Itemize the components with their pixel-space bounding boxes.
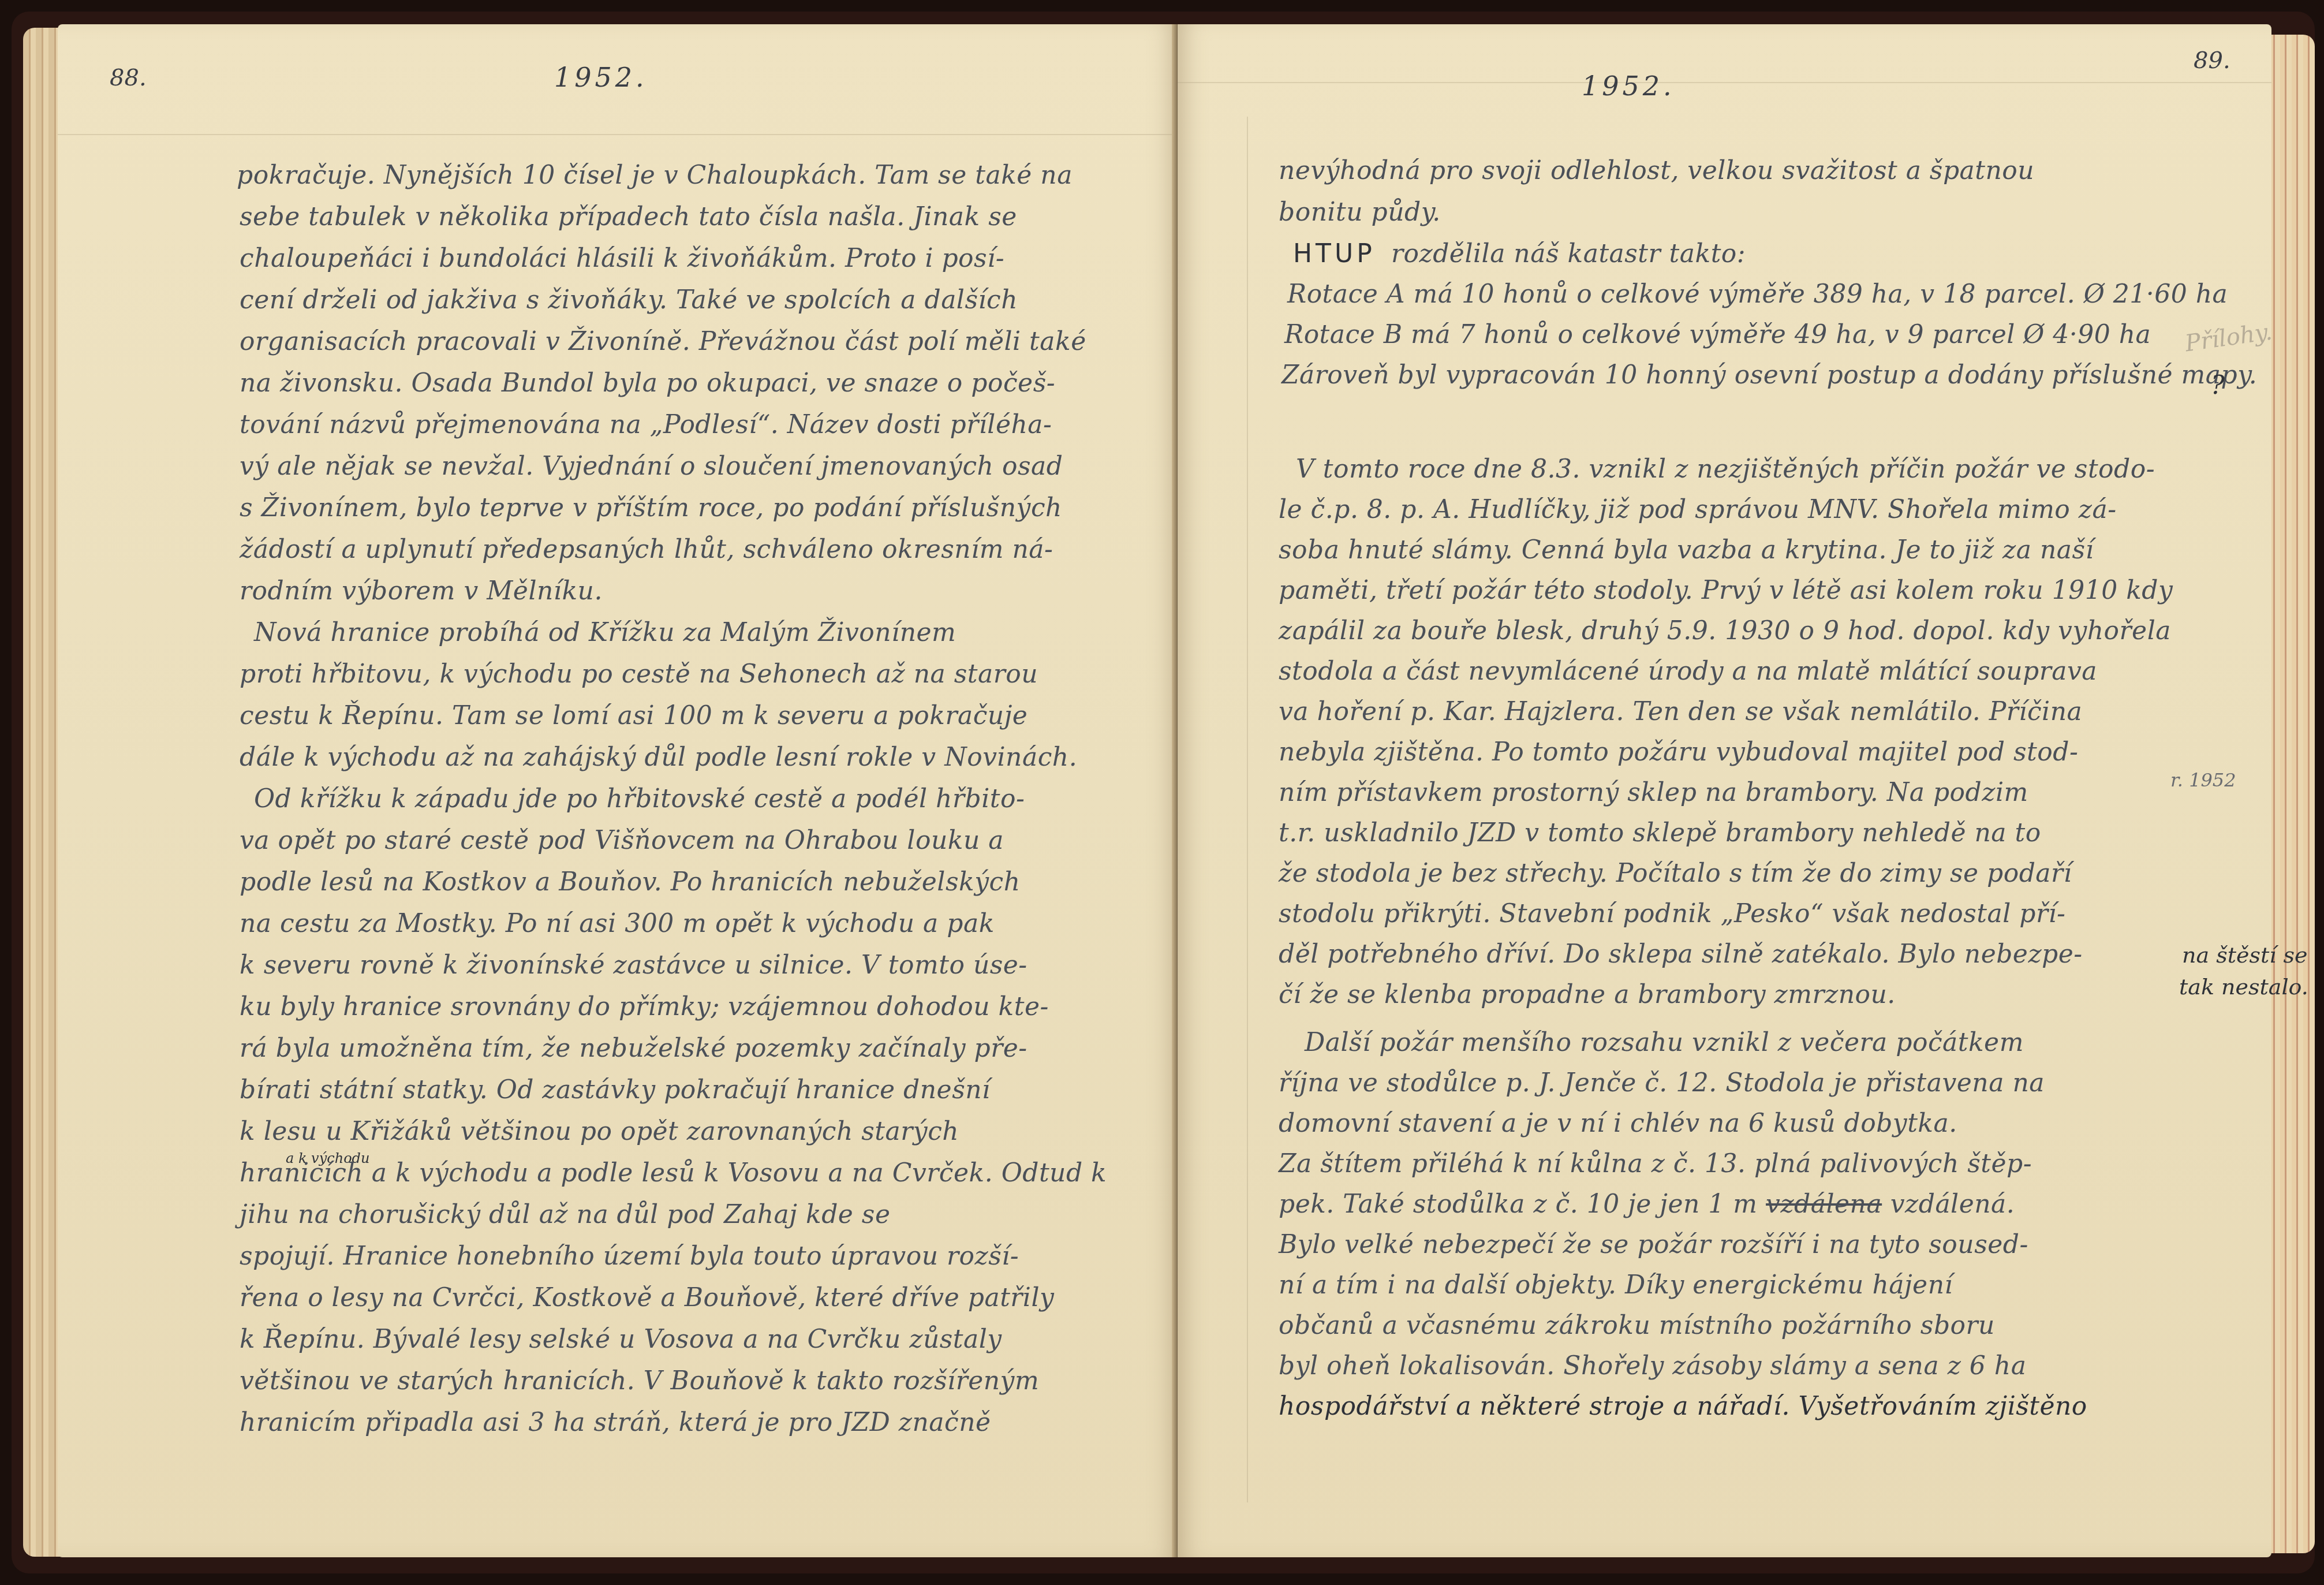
- date-margin-note: r. 1952: [2170, 769, 2236, 791]
- text-line: řena o lesy na Cvrčci, Kostkově a Bouňov…: [240, 1283, 1054, 1312]
- margin-rule: [1247, 117, 1248, 1502]
- text-line: bonitu půdy.: [1279, 197, 1441, 227]
- text-line: žádostí a uplynutí předepsaných lhůt, sc…: [240, 535, 1053, 564]
- year-heading-left: 1952.: [554, 62, 648, 93]
- ruled-line: [1178, 82, 2271, 83]
- text-line: domovní stavení a je v ní i chlév na 6 k…: [1279, 1109, 1957, 1138]
- text-line: k lesu u Křižáků většinou po opět zarovn…: [240, 1117, 959, 1146]
- text-line: podle lesů na Kostkov a Bouňov. Po hrani…: [240, 867, 1021, 897]
- text-line: sebe tabulek v několika případech tato č…: [240, 202, 1017, 232]
- text-line: t.r. uskladnilo JZD v tomto sklepě bramb…: [1279, 818, 2041, 848]
- text-line: hranicím připadla asi 3 ha stráň, která …: [240, 1408, 991, 1437]
- text-line: pek. Také stodůlka z č. 10 je jen 1 m vz…: [1279, 1189, 2015, 1219]
- htup-text: rozdělila náš katastr takto:: [1391, 239, 1746, 268]
- text-line: paměti, třetí požár této stodoly. Prvý v…: [1279, 576, 2173, 605]
- replacement-word: vzdálená.: [1890, 1189, 2015, 1219]
- struck-word: vzdálena: [1766, 1189, 1882, 1219]
- pencil-note-prilohy: Přílohy.: [2184, 319, 2274, 357]
- text-line: nevýhodná pro svoji odlehlost, velkou sv…: [1279, 156, 2034, 185]
- side-note-line-1: na štěstí se: [2182, 942, 2307, 968]
- text-line: soba hnuté slámy. Cenná byla vazba a kry…: [1279, 535, 2094, 565]
- question-mark-note: ?: [2211, 371, 2225, 400]
- text-line: že stodola je bez střechy. Počítalo s tí…: [1279, 859, 2072, 888]
- text-line: V tomto roce dne 8.3. vznikl z nezjištěn…: [1296, 454, 2155, 484]
- text-line: pokračuje. Nynějších 10 čísel je v Chalo…: [237, 161, 1073, 190]
- text-line: jihu na chorušický důl až na důl pod Zah…: [240, 1200, 890, 1229]
- text-line: na cestu za Mostky. Po ní asi 300 m opět…: [240, 909, 995, 938]
- text-line: tování názvů přejmenována na „Podlesí“. …: [240, 410, 1052, 439]
- text-line: Bylo velké nebezpečí že se požár rozšíří…: [1279, 1230, 2028, 1259]
- text-line: ním přístavkem prostorný sklep na brambo…: [1279, 778, 2028, 807]
- text-line: le č.p. 8. p. A. Hudlíčky, již pod správ…: [1279, 495, 2117, 524]
- left-page: 88. 1952. pokračuje. Nynějších 10 čísel …: [58, 24, 1178, 1557]
- text-line: spojují. Hranice honebního území byla to…: [240, 1241, 1019, 1271]
- text-line: stodolu přikrýti. Stavební podnik „Pesko…: [1279, 899, 2065, 928]
- rotation-b: Rotace B má 7 honů o celkové výměře 49 h…: [1284, 320, 2151, 349]
- text-line: stodola a část nevymlácené úrody a na ml…: [1279, 657, 2097, 686]
- text-line: nebyla zjištěna. Po tomto požáru vybudov…: [1279, 737, 2078, 767]
- text-line: ku byly hranice srovnány do přímky; vzáj…: [240, 992, 1049, 1021]
- right-page: 89. 1952. nevýhodná pro svoji odlehlost,…: [1178, 24, 2271, 1557]
- text-line: Nová hranice probíhá od Křížku za Malým …: [254, 618, 956, 647]
- page-number-right: 89.: [2194, 47, 2230, 74]
- text-line: cení drželi od jakživa s živoňáky. Také …: [240, 285, 1018, 315]
- year-heading-right: 1952.: [1582, 70, 1675, 102]
- text-line: k severu rovně k živonínské zastávce u s…: [240, 950, 1028, 980]
- text-line: k Řepínu. Bývalé lesy selské u Vosova a …: [240, 1325, 1002, 1354]
- text-line: Další požár menšího rozsahu vznikl z več…: [1305, 1028, 2024, 1057]
- htup-heading: HTUP: [1293, 239, 1376, 268]
- rotation-summary: Zároveň byl vypracován 10 honný osevní p…: [1281, 360, 2257, 390]
- text-line: Za štítem přiléhá k ní kůlna z č. 13. pl…: [1279, 1149, 2032, 1179]
- text-line: byl oheň lokalisován. Shořely zásoby slá…: [1279, 1351, 2026, 1381]
- text-line: organisacích pracovali v Živoníně. Převá…: [240, 327, 1086, 356]
- text-line: proti hřbitovu, k východu po cestě na Se…: [240, 659, 1038, 689]
- text-line: ní a tím i na další objekty. Díky energi…: [1279, 1270, 1953, 1300]
- text-line: s Živonínem, bylo teprve v příštím roce,…: [240, 493, 1062, 523]
- text-line: Od křížku k západu jde po hřbitovské ces…: [254, 784, 1025, 814]
- page-stack-right: [2269, 35, 2315, 1553]
- page-number-left: 88.: [110, 65, 147, 91]
- ruled-line: [58, 134, 1178, 135]
- text-line: hranicích a k východu a podle lesů k Vos…: [240, 1158, 1107, 1188]
- text-line: vý ale nějak se nevžal. Vyjednání o slou…: [240, 452, 1063, 481]
- rotation-a: Rotace A má 10 honů o celkové výměře 389…: [1287, 279, 2228, 309]
- text-line: va hoření p. Kar. Hajzlera. Ten den se v…: [1279, 697, 2082, 726]
- text-line: rodním výborem v Mělníku.: [240, 576, 603, 606]
- text-line: zapálil za bouře blesk, druhý 5.9. 1930 …: [1279, 616, 2171, 646]
- text-line: na živonsku. Osada Bundol byla po okupac…: [240, 368, 1055, 398]
- text-line: děl potřebného dříví. Do sklepa silně za…: [1279, 939, 2083, 969]
- side-note-line-2: tak nestalo.: [2179, 974, 2308, 1000]
- text-line: občanů a včasnému zákroku místního požár…: [1279, 1311, 1995, 1340]
- text-line: rá byla umožněna tím, že nebuželské poze…: [240, 1034, 1028, 1063]
- text-line: dále k východu až na zahájský důl podle …: [240, 743, 1077, 772]
- text-line: většinou ve starých hranicích. V Bouňově…: [240, 1366, 1039, 1396]
- text-segment: pek. Také stodůlka z č. 10 je jen 1 m: [1279, 1189, 1758, 1219]
- text-line: va opět po staré cestě pod Višňovcem na …: [240, 826, 1004, 855]
- text-line: chaloupeňáci i bundoláci hlásili k živoň…: [240, 244, 1004, 273]
- text-line: čí že se klenba propadne a brambory zmrz…: [1279, 980, 1896, 1009]
- text-line: bírati státní statky. Od zastávky pokrač…: [240, 1075, 991, 1105]
- text-line: cestu k Řepínu. Tam se lomí asi 100 m k …: [240, 701, 1028, 730]
- text-line: hospodářství a některé stroje a nářadí. …: [1279, 1392, 2087, 1421]
- text-line: října ve stodůlce p. J. Jenče č. 12. Sto…: [1279, 1068, 2045, 1098]
